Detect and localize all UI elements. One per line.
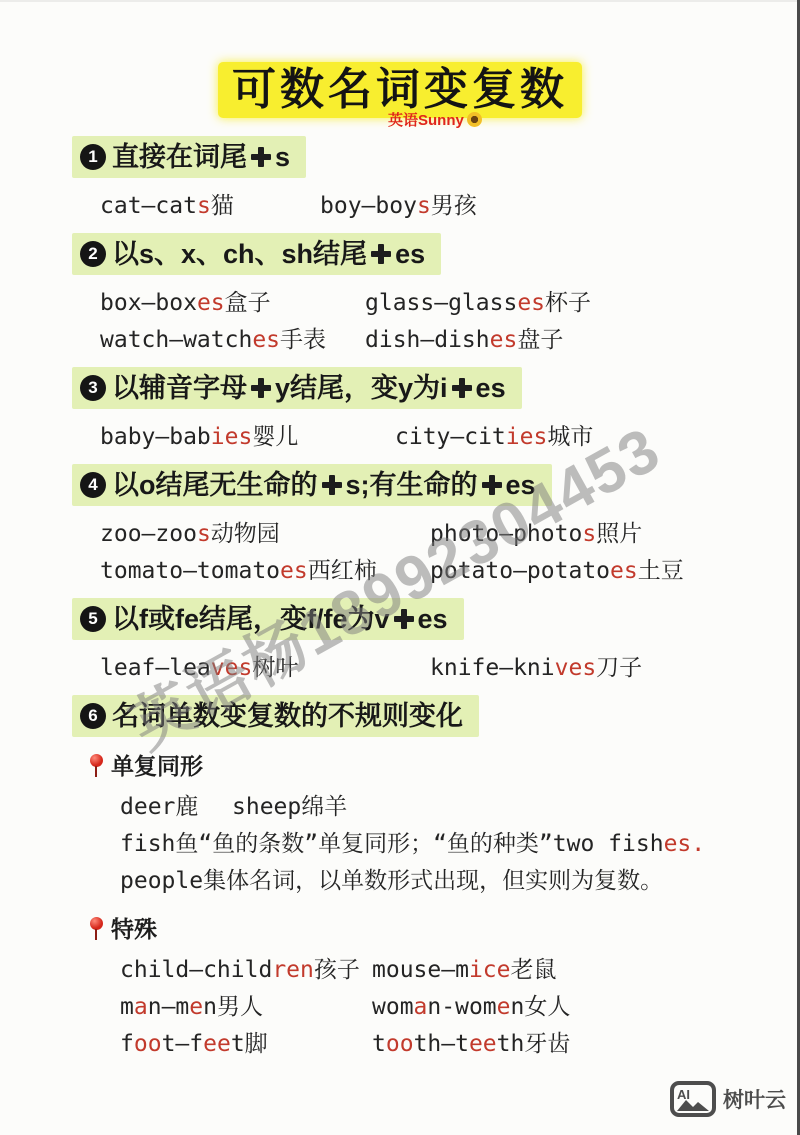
example: knife—knives刀子 — [430, 650, 642, 687]
example-row: child—children孩子mouse—mice老鼠 — [120, 952, 800, 989]
svg-text:AI: AI — [677, 1087, 690, 1102]
text-segment: 猫 — [211, 193, 234, 219]
text-segment: 孩子 — [314, 957, 360, 983]
text-segment: knife—kni — [430, 655, 555, 681]
example-row: fish鱼“鱼的条数”单复同形；“鱼的种类”two fishes. — [120, 826, 800, 863]
text-segment: m — [120, 994, 134, 1020]
study-notes-page: 可数名词变复数 英语Sunny 1直接在词尾scat—cats猫boy—boys… — [0, 0, 800, 1135]
section-number-badge: 6 — [80, 703, 106, 729]
examples-block: deer鹿sheep绵羊fish鱼“鱼的条数”单复同形；“鱼的种类”two fi… — [120, 789, 800, 900]
highlighted-suffix: es — [197, 290, 225, 316]
highlighted-suffix: s — [582, 521, 596, 547]
text-segment: mouse—m — [372, 957, 469, 983]
highlighted-suffix: s — [197, 193, 211, 219]
section-heading: 1直接在词尾s — [72, 136, 306, 178]
text-segment: 手表 — [280, 327, 326, 353]
text-segment: f — [120, 1031, 134, 1057]
highlighted-suffix: ies — [211, 424, 253, 450]
text-segment: dish—dish — [365, 327, 490, 353]
example: mouse—mice老鼠 — [372, 952, 556, 989]
text-segment: t — [372, 1031, 386, 1057]
highlighted-suffix: es — [280, 558, 308, 584]
text-segment: n男人 — [203, 994, 263, 1020]
example: sheep绵羊 — [232, 789, 347, 826]
highlighted-suffix: ee — [203, 1031, 231, 1057]
highlighted-suffix: es — [610, 558, 638, 584]
section-number-badge: 4 — [80, 472, 106, 498]
text-segment: zoo—zoo — [100, 521, 197, 547]
highlighted-suffix: oo — [134, 1031, 162, 1057]
example: tooth—teeth牙齿 — [372, 1026, 570, 1063]
plus-icon — [371, 244, 391, 264]
text-segment: t—f — [162, 1031, 204, 1057]
subsection: 特殊child—children孩子mouse—mice老鼠man—men男人w… — [90, 914, 800, 1063]
author-signature: 英语Sunny — [388, 109, 482, 130]
example: zoo—zoos动物园 — [100, 516, 430, 553]
title-area: 可数名词变复数 英语Sunny — [0, 0, 800, 118]
text-segment: th—t — [414, 1031, 469, 1057]
text-segment: y结尾，变y为i — [275, 372, 448, 404]
text-segment: city—cit — [395, 424, 506, 450]
subsection-label: 特殊 — [90, 914, 800, 944]
highlighted-suffix: s — [197, 521, 211, 547]
example-row: leaf—leaves树叶knife—knives刀子 — [100, 650, 800, 687]
examples-block: cat—cats猫boy—boys男孩 — [100, 188, 800, 225]
text-segment: tomato—tomato — [100, 558, 280, 584]
example-row: baby—babies婴儿city—cities城市 — [100, 419, 800, 456]
example: fish鱼“鱼的条数”单复同形；“鱼的种类”two fishes. — [120, 826, 705, 863]
example: people集体名词，以单数形式出现，但实则为复数。 — [120, 863, 663, 900]
example: tomato—tomatoes西红柿 — [100, 553, 430, 590]
subsection-title: 特殊 — [111, 914, 157, 944]
text-segment: leaf—lea — [100, 655, 211, 681]
example: glass—glasses杯子 — [365, 285, 591, 322]
section-heading: 6名词单数变复数的不规则变化 — [72, 695, 479, 737]
section-number-badge: 5 — [80, 606, 106, 632]
text-segment: 盘子 — [517, 327, 563, 353]
footer-logo-text: 树叶云 — [723, 1084, 786, 1114]
ai-image-logo-icon: AI — [670, 1081, 716, 1117]
author-name: 英语Sunny — [388, 109, 464, 130]
highlighted-suffix: a — [414, 994, 428, 1020]
text-segment: glass—glass — [365, 290, 517, 316]
text-segment: 城市 — [547, 424, 593, 450]
example-row: tomato—tomatoes西红柿potato—potatoes土豆 — [100, 553, 800, 590]
examples-block: child—children孩子mouse—mice老鼠man—men男人wom… — [120, 952, 800, 1063]
plus-icon — [251, 147, 271, 167]
text-segment: 树叶 — [252, 655, 298, 681]
text-segment: th牙齿 — [497, 1031, 571, 1057]
examples-block: leaf—leaves树叶knife—knives刀子 — [100, 650, 800, 687]
text-segment: child—child — [120, 957, 272, 983]
text-segment: es — [476, 372, 506, 404]
example: leaf—leaves树叶 — [100, 650, 430, 687]
text-segment: 以o结尾无生命的 — [112, 469, 318, 501]
plus-icon — [394, 609, 414, 629]
text-segment: box—box — [100, 290, 197, 316]
highlighted-suffix: es — [252, 327, 280, 353]
highlighted-suffix: a — [134, 994, 148, 1020]
examples-block: zoo—zoos动物园photo—photos照片tomato—tomatoes… — [100, 516, 800, 590]
highlighted-suffix: ren — [272, 957, 314, 983]
text-segment: es — [418, 603, 448, 635]
example: box—boxes盒子 — [100, 285, 365, 322]
section-heading: 5以f或fe结尾，变f/fe为ves — [72, 598, 464, 640]
section-2: 2以s、x、ch、sh结尾esbox—boxes盒子glass—glasses杯… — [0, 233, 800, 359]
section-4: 4以o结尾无生命的s;有生命的eszoo—zoos动物园photo—photos… — [0, 464, 800, 590]
example: woman-women女人 — [372, 989, 570, 1026]
section-number-badge: 3 — [80, 375, 106, 401]
text-segment: cat—cat — [100, 193, 197, 219]
highlighted-suffix: ves — [555, 655, 597, 681]
plus-icon — [322, 475, 342, 495]
text-segment: 以f或fe结尾，变f/fe为v — [112, 603, 390, 635]
highlighted-suffix: ves — [211, 655, 253, 681]
text-segment: s — [275, 141, 290, 173]
example-row: foot—feet脚tooth—teeth牙齿 — [120, 1026, 800, 1063]
pin-icon — [90, 753, 103, 779]
text-segment: 婴儿 — [252, 424, 298, 450]
text-segment: 直接在词尾 — [112, 141, 247, 173]
text-segment: 以辅音字母 — [112, 372, 247, 404]
example: photo—photos照片 — [430, 516, 642, 553]
text-segment: wom — [372, 994, 414, 1020]
plus-icon — [251, 378, 271, 398]
text-segment: 以s、x、ch、sh结尾 — [112, 238, 367, 270]
text-segment: 西红柿 — [308, 558, 377, 584]
subsection-title: 单复同形 — [111, 751, 203, 781]
footer-logo: AI 树叶云 — [670, 1081, 786, 1117]
section-5: 5以f或fe结尾，变f/fe为vesleaf—leaves树叶knife—kni… — [0, 598, 800, 687]
text-segment: t脚 — [231, 1031, 268, 1057]
section-number-badge: 1 — [80, 144, 106, 170]
examples-block: box—boxes盒子glass—glasses杯子watch—watches手… — [100, 285, 800, 359]
highlighted-suffix: e — [189, 994, 203, 1020]
text-segment: potato—potato — [430, 558, 610, 584]
example-row: watch—watches手表dish—dishes盘子 — [100, 322, 800, 359]
text-segment: sheep绵羊 — [232, 794, 347, 820]
text-segment: 动物园 — [211, 521, 280, 547]
text-segment: photo—photo — [430, 521, 582, 547]
text-segment: 名词单数变复数的不规则变化 — [112, 700, 463, 732]
highlighted-suffix: ee — [469, 1031, 497, 1057]
highlighted-suffix: ice — [469, 957, 511, 983]
example: foot—feet脚 — [120, 1026, 372, 1063]
section-heading: 4以o结尾无生命的s;有生命的es — [72, 464, 552, 506]
example-row: cat—cats猫boy—boys男孩 — [100, 188, 800, 225]
sections-list: 1直接在词尾scat—cats猫boy—boys男孩2以s、x、ch、sh结尾e… — [0, 136, 800, 1063]
text-segment: es — [395, 238, 425, 270]
highlighted-suffix: oo — [386, 1031, 414, 1057]
text-segment: 土豆 — [638, 558, 684, 584]
text-segment: 刀子 — [596, 655, 642, 681]
text-segment: 男孩 — [431, 193, 477, 219]
highlighted-suffix: es. — [664, 831, 706, 857]
example-row: people集体名词，以单数形式出现，但实则为复数。 — [120, 863, 800, 900]
section-3: 3以辅音字母y结尾，变y为iesbaby—babies婴儿city—cities… — [0, 367, 800, 456]
text-segment: es — [506, 469, 536, 501]
section-number-badge: 2 — [80, 241, 106, 267]
example: cat—cats猫 — [100, 188, 320, 225]
example-row: zoo—zoos动物园photo—photos照片 — [100, 516, 800, 553]
example: man—men男人 — [120, 989, 372, 1026]
text-segment: fish鱼“鱼的条数”单复同形；“鱼的种类”two fish — [120, 831, 664, 857]
text-segment: baby—bab — [100, 424, 211, 450]
text-segment: 杯子 — [545, 290, 591, 316]
plus-icon — [452, 378, 472, 398]
pin-icon — [90, 916, 103, 942]
section-heading: 3以辅音字母y结尾，变y为ies — [72, 367, 522, 409]
text-segment: n-wom — [427, 994, 496, 1020]
text-segment: watch—watch — [100, 327, 252, 353]
highlighted-suffix: ies — [506, 424, 548, 450]
example: baby—babies婴儿 — [100, 419, 395, 456]
example-row: box—boxes盒子glass—glasses杯子 — [100, 285, 800, 322]
text-segment: 老鼠 — [510, 957, 556, 983]
section-1: 1直接在词尾scat—cats猫boy—boys男孩 — [0, 136, 800, 225]
text-segment: n女人 — [511, 994, 571, 1020]
example: city—cities城市 — [395, 419, 593, 456]
example-row: deer鹿sheep绵羊 — [120, 789, 800, 826]
example: deer鹿 — [120, 789, 232, 826]
example-row: man—men男人woman-women女人 — [120, 989, 800, 1026]
text-segment: boy—boy — [320, 193, 417, 219]
example: child—children孩子 — [120, 952, 372, 989]
plus-icon — [482, 475, 502, 495]
text-segment: people集体名词，以单数形式出现，但实则为复数。 — [120, 868, 663, 894]
examples-block: baby—babies婴儿city—cities城市 — [100, 419, 800, 456]
text-segment: n—m — [148, 994, 190, 1020]
section-heading: 2以s、x、ch、sh结尾es — [72, 233, 441, 275]
highlighted-suffix: es — [517, 290, 545, 316]
sunflower-icon — [467, 112, 482, 127]
subsection-label: 单复同形 — [90, 751, 800, 781]
example: dish—dishes盘子 — [365, 322, 563, 359]
text-segment: 照片 — [596, 521, 642, 547]
example: potato—potatoes土豆 — [430, 553, 684, 590]
subsection: 单复同形deer鹿sheep绵羊fish鱼“鱼的条数”单复同形；“鱼的种类”tw… — [90, 751, 800, 900]
text-segment: deer鹿 — [120, 794, 198, 820]
highlighted-suffix: s — [417, 193, 431, 219]
text-segment: 盒子 — [225, 290, 271, 316]
example: watch—watches手表 — [100, 322, 365, 359]
highlighted-suffix: es — [490, 327, 518, 353]
highlighted-suffix: e — [497, 994, 511, 1020]
example: boy—boys男孩 — [320, 188, 477, 225]
text-segment: s;有生命的 — [346, 469, 478, 501]
section-6: 6名词单数变复数的不规则变化单复同形deer鹿sheep绵羊fish鱼“鱼的条数… — [0, 695, 800, 1063]
